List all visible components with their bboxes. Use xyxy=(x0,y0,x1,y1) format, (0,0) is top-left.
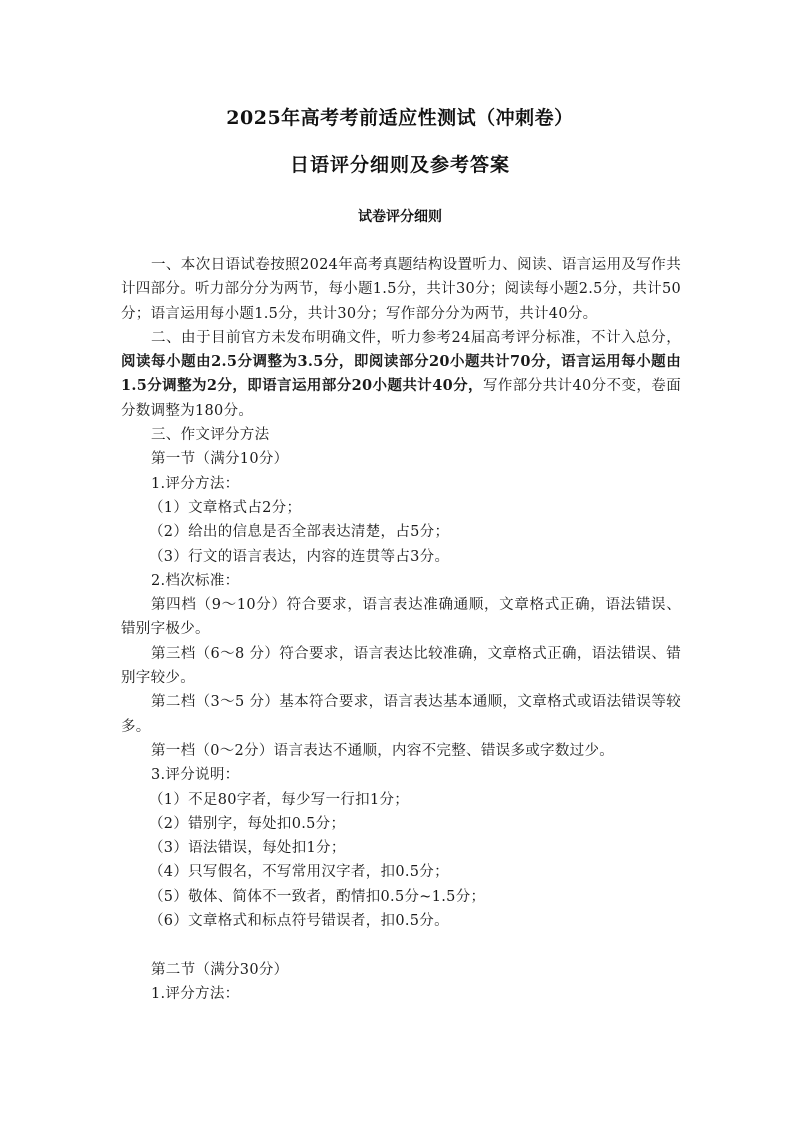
grade-heading: 2.档次标准： xyxy=(121,569,681,593)
section1-heading: 第一节（满分10分） xyxy=(121,447,681,471)
method-item: （2）给出的信息是否全部表达清楚，占5分； xyxy=(121,520,681,544)
section2-method-heading: 1.评分方法： xyxy=(121,982,681,1006)
document-subtitle: 日语评分细则及参考答案 xyxy=(0,150,800,177)
paragraph-2-start: 二、由于目前官方未发布明确文件，听力参考24届高考评分标准，不计入总分， xyxy=(151,330,681,346)
paragraph-1: 一、本次日语试卷按照2024年高考真题结构设置听力、阅读、语言运用及写作共计四部… xyxy=(121,253,681,326)
notes-heading: 3.评分说明： xyxy=(121,763,681,787)
note-item: （3）语法错误，每处扣1分； xyxy=(121,836,681,860)
grade-item: 第二档（3～5 分）基本符合要求，语言表达基本通顺，文章格式或语法错误等较多。 xyxy=(121,690,681,739)
paragraph-3-heading: 三、作文评分方法 xyxy=(121,423,681,447)
document-page: 2025年高考考前适应性测试（冲刺卷） 日语评分细则及参考答案 试卷评分细则 一… xyxy=(0,0,800,1132)
note-item: （6）文章格式和标点符号错误者，扣0.5分。 xyxy=(121,909,681,933)
section1-method-heading: 1.评分方法： xyxy=(121,472,681,496)
note-item: （2）错别字，每处扣0.5分； xyxy=(121,812,681,836)
section2-heading: 第二节（满分30分） xyxy=(121,958,681,982)
document-title: 2025年高考考前适应性测试（冲刺卷） xyxy=(0,103,800,130)
method-item: （3）行文的语言表达，内容的连贯等占3分。 xyxy=(121,545,681,569)
note-item: （4）只写假名，不写常用汉字者，扣0.5分； xyxy=(121,860,681,884)
note-item: （1）不足80字者，每少写一行扣1分； xyxy=(121,788,681,812)
document-body: 一、本次日语试卷按照2024年高考真题结构设置听力、阅读、语言运用及写作共计四部… xyxy=(121,253,681,1006)
paragraph-2: 二、由于目前官方未发布明确文件，听力参考24届高考评分标准，不计入总分，阅读每小… xyxy=(121,326,681,423)
grade-item: 第一档（0～2分）语言表达不通顺，内容不完整、错误多或字数过少。 xyxy=(121,739,681,763)
section-heading: 试卷评分细则 xyxy=(0,206,800,226)
spacer xyxy=(121,933,681,957)
note-item: （5）敬体、简体不一致者，酌情扣0.5分~1.5分； xyxy=(121,885,681,909)
method-item: （1）文章格式占2分； xyxy=(121,496,681,520)
grade-item: 第三档（6～8 分）符合要求，语言表达比较准确，文章格式正确，语法错误、错别字较… xyxy=(121,642,681,691)
grade-item: 第四档（9～10分）符合要求，语言表达准确通顺，文章格式正确，语法错误、错别字极… xyxy=(121,593,681,642)
